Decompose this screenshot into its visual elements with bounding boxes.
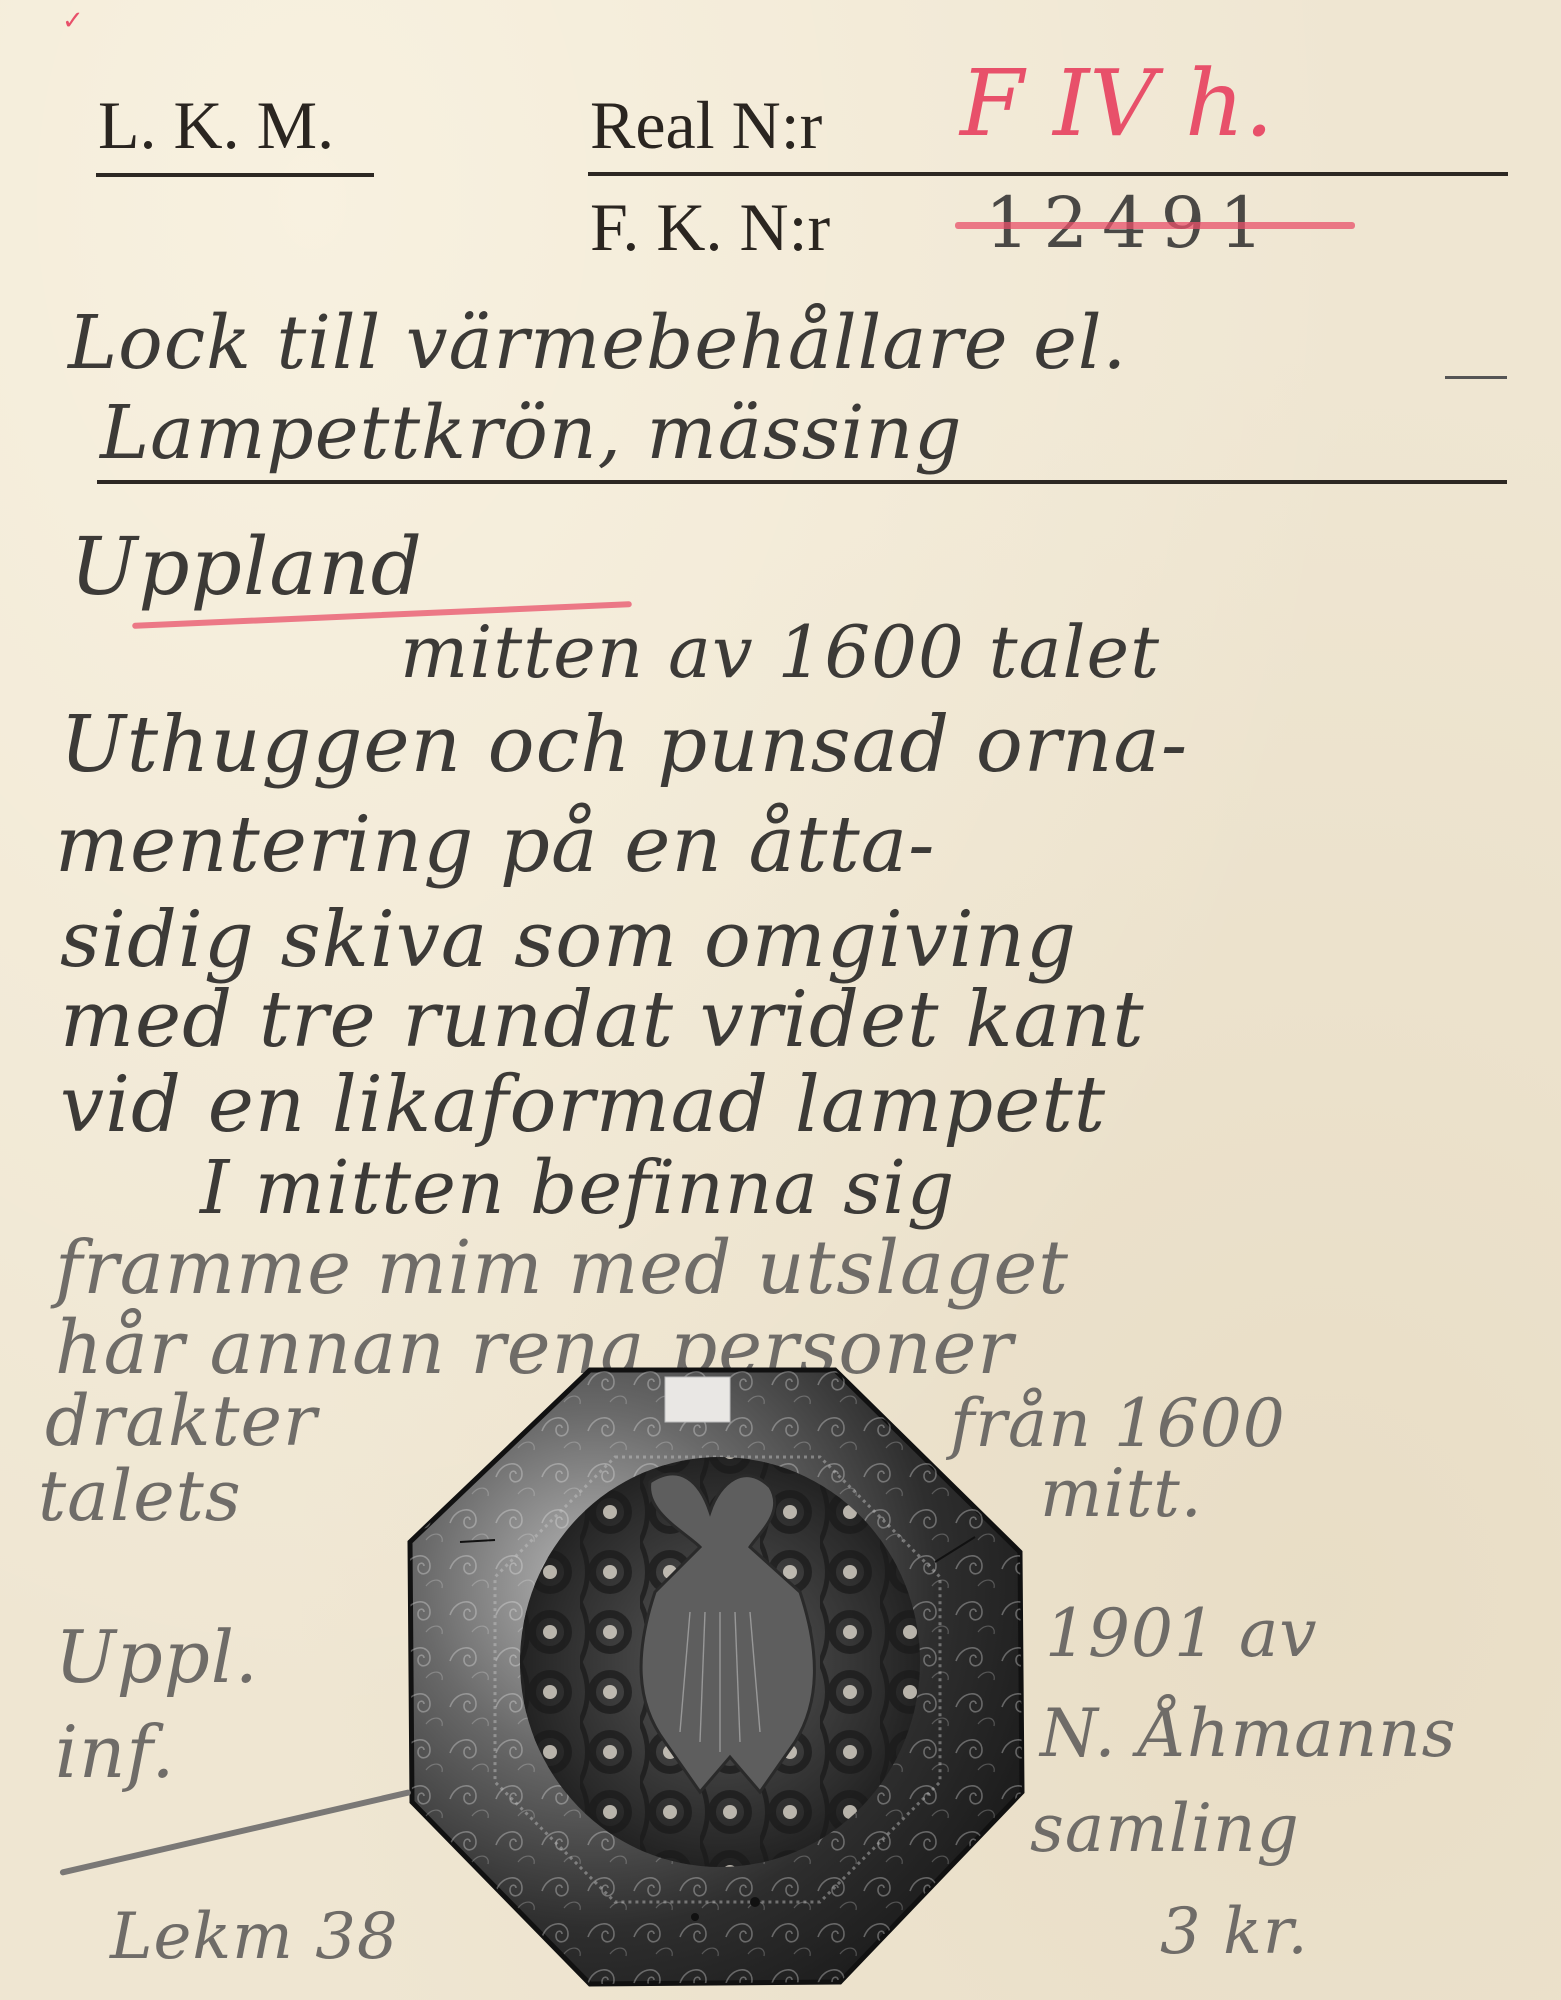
footer-stroke [59,1789,411,1876]
origin-note-1: Uppl. [55,1615,259,1699]
object-photo [400,1362,1030,1992]
description-line-10: talets [38,1455,242,1537]
title-abbrev-underline [1445,376,1507,379]
fk-nr-strike [955,222,1355,229]
title-rule [97,480,1507,484]
region: Uppland [70,520,423,613]
octagonal-lid-image [400,1362,1030,1992]
acquisition-line-2: N. Åhmanns [1040,1695,1456,1772]
real-nr-value: F IV h. [960,50,1274,157]
origin-note-2: inf. [55,1710,175,1794]
description-line-6: I mitten befinna sig [200,1145,955,1231]
description-line-2: mentering på en åtta- [55,800,936,890]
description-line-7: framme mim med utslaget [55,1225,1069,1311]
acquisition-line-1: 1901 av [1045,1595,1318,1672]
description-line-4: med tre rundat vridet kant [60,975,1145,1065]
footer-note: Lekm 38 [110,1900,399,1974]
description-line-1: Uthuggen och punsad orna- [60,700,1188,790]
acquisition-line-3: samling [1030,1790,1300,1867]
acquisition-line-4: 3 kr. [1160,1895,1309,1969]
fk-nr-label: F. K. N:r [590,188,830,267]
title-line-2: Lampettkrön, mässing [100,390,962,476]
description-line-3: sidig skiva som omgiving [60,895,1077,985]
check-mark: ✓ [62,6,84,36]
museum-label: L. K. M. [98,86,334,165]
description-line-9: drakter [45,1380,317,1462]
title-line-1: Lock till värmebehållare el. [68,300,1127,386]
museum-label-underline [96,173,374,177]
dating: mitten av 1600 talet [400,610,1160,694]
real-nr-label: Real N:r [590,86,822,165]
real-nr-rule [588,172,1508,176]
description-line-5: vid en likaformad lampett [60,1060,1106,1150]
side-note-2: mitt. [1040,1455,1203,1532]
